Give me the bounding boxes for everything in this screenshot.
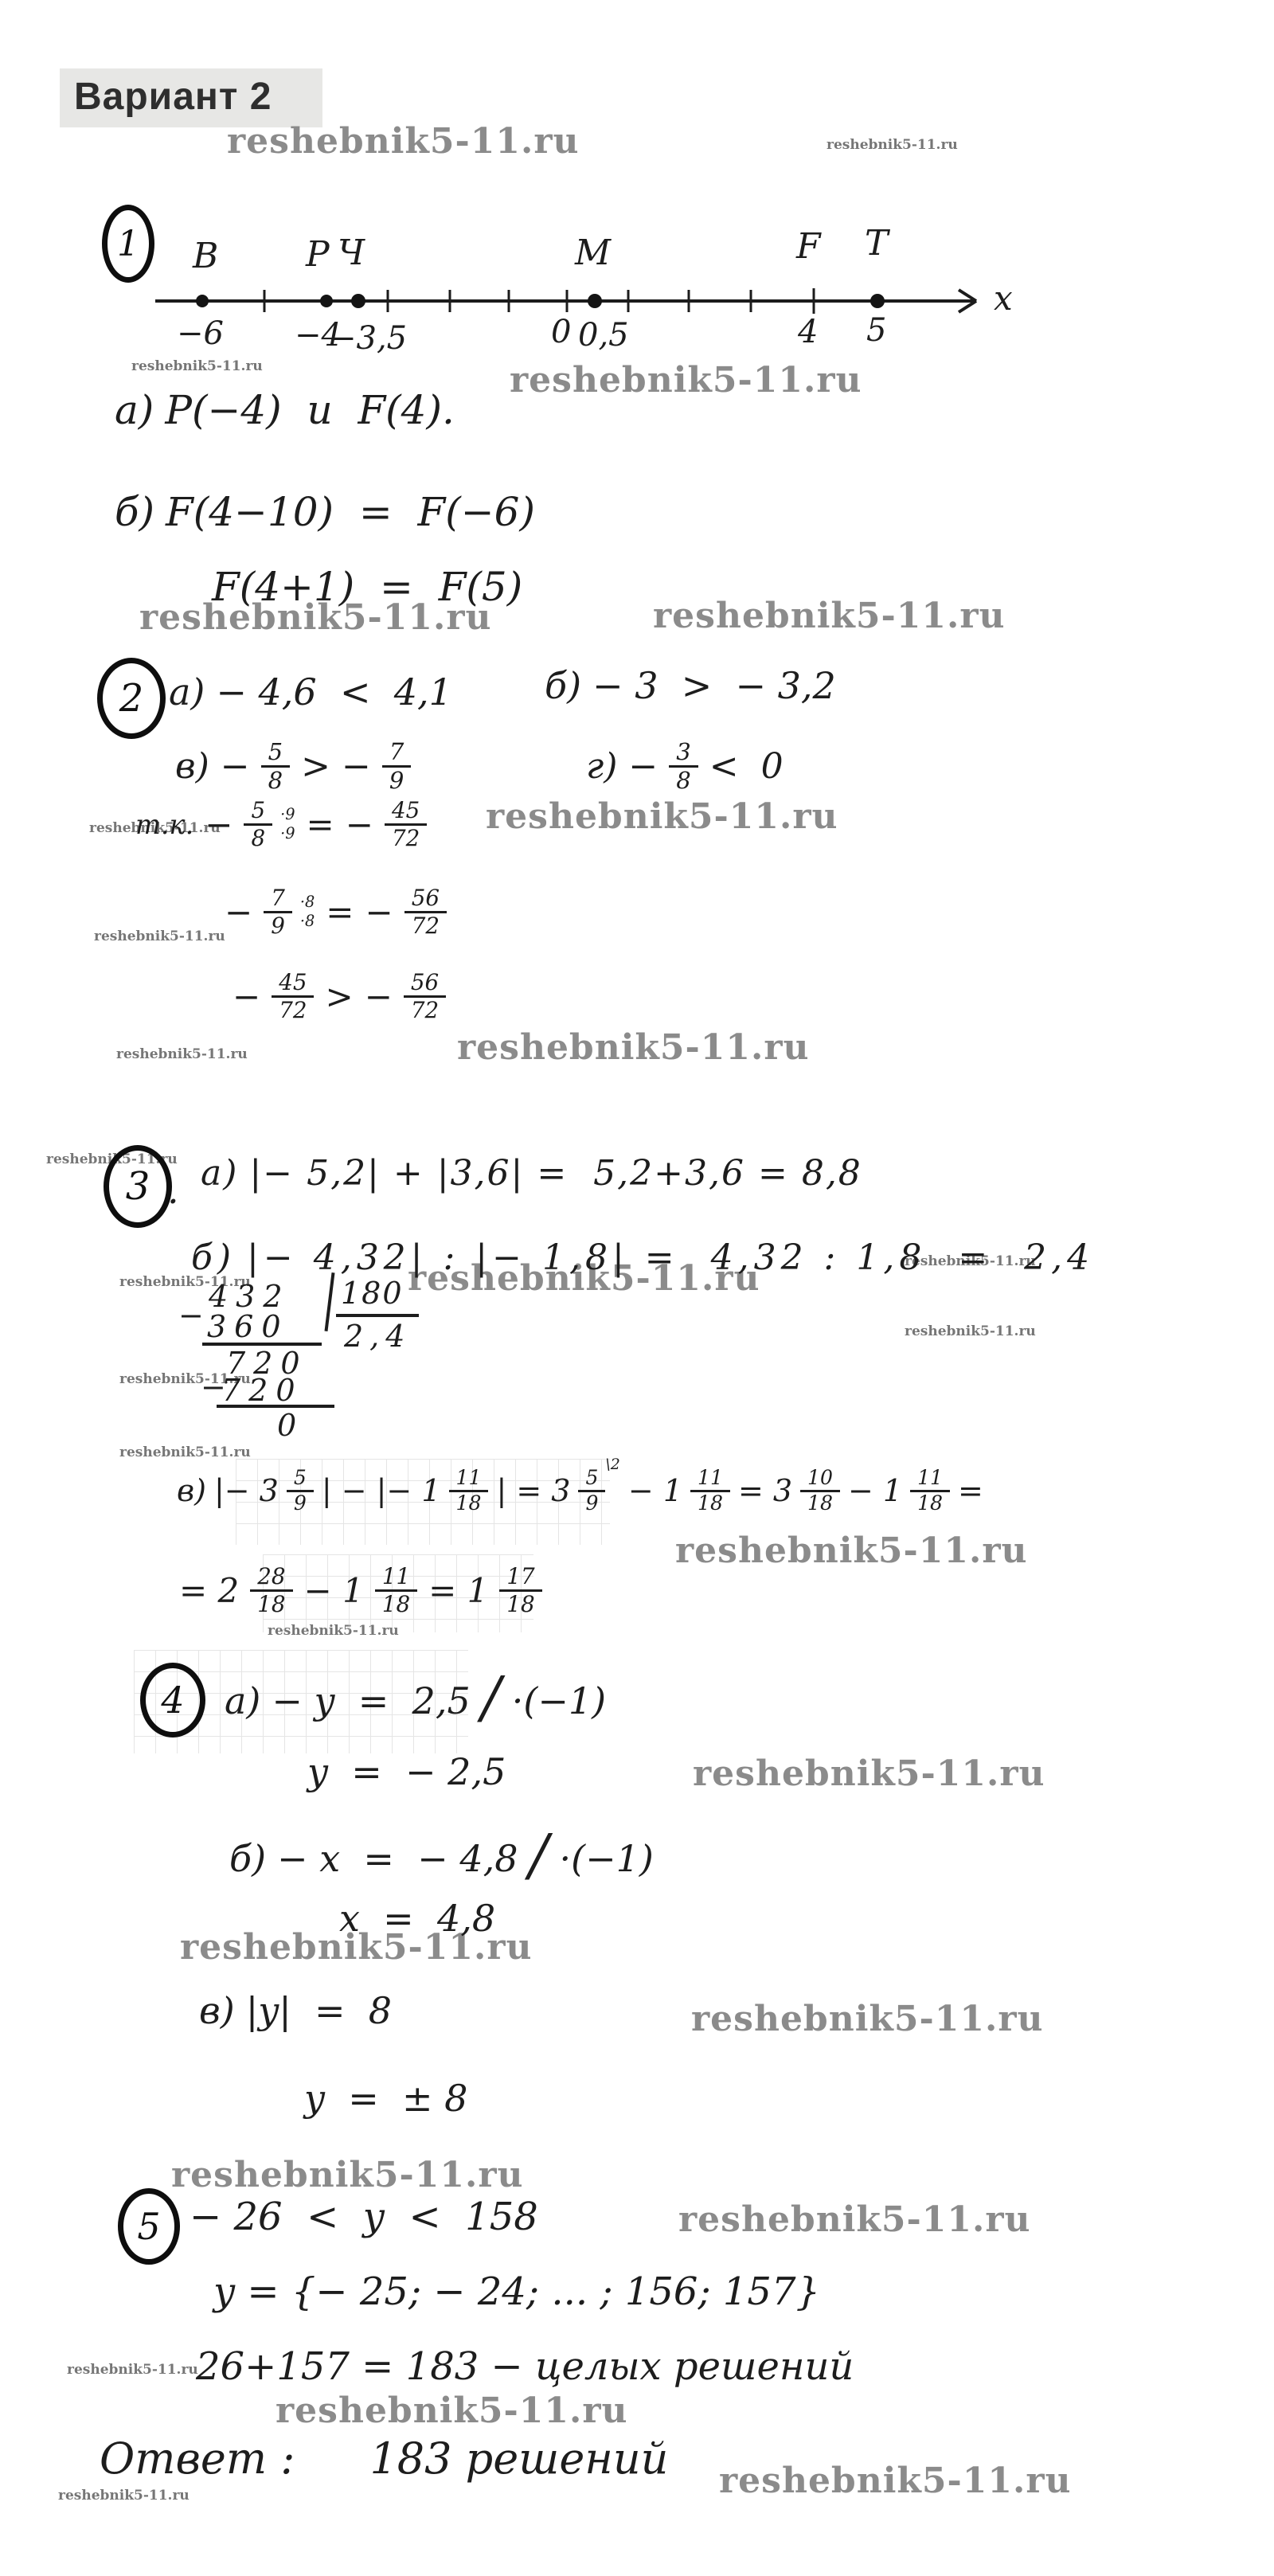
fraction-11-18: 11 18 [375,1564,417,1617]
multiply-slash: / [482,1664,501,1730]
p1-line-b2: F(4+1) = F(5) [212,564,522,610]
point-label-Ch: Ч [338,233,365,273]
fraction-10-18: 10 18 [800,1467,840,1515]
watermark: reshebnik5-11.ru [116,1046,248,1062]
p4-line-v2: y = ± 8 [304,2077,467,2120]
watermark: reshebnik5-11.ru [457,1027,810,1068]
equals-sign: = [958,1473,983,1508]
minus-sign: − [225,893,252,932]
p3-a-label: а) [201,1153,238,1194]
fraction-17-18: 17 18 [499,1564,541,1617]
problem-5-badge: 5 [118,2188,180,2265]
p1-b-label: б) [115,489,154,535]
fraction-28-18: 28 18 [250,1564,292,1617]
p2-line-a: а) − 4,6 < 4,1 [169,670,452,713]
p4-line-b1: б) − x = − 4,8 / ·(−1) [229,1825,654,1891]
problem-2-number: 2 [119,676,144,721]
p4-a-result: y = − 2,5 [307,1750,506,1793]
point-label-M: M [575,233,611,273]
answer-text: 183 решений [369,2433,668,2484]
watermark: reshebnik5-11.ru [94,928,225,944]
p5-count: 26+157 = 183 − целых решений [196,2344,854,2389]
p2-line-v: в) − 5 8 > − 7 9 [175,739,411,795]
minus-sign: − [221,746,250,787]
p5-line-1: − 26 < y < 158 [190,2195,538,2239]
fraction-5-9: 5 9 [578,1467,605,1515]
watermark: reshebnik5-11.ru [653,596,1006,636]
p1-b2-text: F(4+1) = F(5) [212,564,522,610]
p4-b-label: б) [229,1837,266,1880]
watermark: reshebnik5-11.ru [486,796,838,837]
problem-1-number: 1 [117,224,139,264]
watermark: reshebnik5-11.ru [67,2362,198,2378]
p1-b-text: F(4−10) = F(−6) [166,489,535,535]
tk-abbrev: т.к. [135,809,193,840]
tick-value--6: −6 [177,315,224,352]
division-divisor: 180 [341,1276,404,1311]
division-minus: − [178,1298,204,1333]
p3-v-label: в) [177,1473,206,1508]
p2-line-b: б) − 3 > − 3,2 [545,664,836,707]
p4-v-result: y = ± 8 [304,2077,467,2120]
point-label-P: P [306,234,330,275]
minus-one: − 1 [848,1473,902,1508]
minus-one: − 1 [304,1571,364,1610]
problem-5-number: 5 [137,2205,160,2248]
variant-header: Вариант 2 [60,68,322,127]
watermark: reshebnik5-11.ru [693,1753,1045,1794]
p3-line-a: а) |− 5,2| + |3,6| = 5,2+3,6 = 8,8 [201,1153,862,1194]
fraction-56-72: 56 72 [404,970,446,1023]
p4-line-a1: а) − y = 2,5 / ·(−1) [225,1667,606,1734]
tick-value-0_5: 0,5 [578,317,629,354]
fraction-7-9: 7 9 [264,885,292,939]
minus-sign: − [365,893,393,932]
less-zero: < 0 [709,746,784,787]
abs-open: |− 3 [214,1473,279,1508]
minus-one: − 1 [628,1473,682,1508]
problem-3-badge: 3 [104,1145,172,1228]
fraction-5-9: 5 9 [287,1467,314,1515]
division-sub1: 360 [207,1309,289,1344]
p5-answer: Ответ : 183 решений [100,2433,668,2484]
watermark: reshebnik5-11.ru [276,2390,628,2431]
fraction-56-72: 56 72 [404,885,447,939]
p4-v-label: в) [199,1989,235,2032]
equals-sign: = [326,893,354,932]
multiply-by: ·(−1) [560,1837,654,1880]
point-label-B: B [193,236,218,276]
p2-line-2: − 7 9 ·8 ·8 = − 56 72 [225,885,447,939]
p4-b-equation: − x = − 4,8 [277,1837,518,1880]
p3-b-label: б) [191,1237,236,1278]
p3-line-v2: = 2 28 18 − 1 11 18 = 1 17 18 [179,1564,542,1617]
p2-v-label: в) [175,746,209,787]
p1-line-a: а) P(−4) и F(4). [115,387,455,433]
axis-label-x: x [994,279,1013,318]
watermark: reshebnik5-11.ru [691,1999,1044,2039]
problem-4-number: 4 [161,1679,184,1722]
p4-a-equation: − y = 2,5 [272,1679,470,1722]
watermark: reshebnik5-11.ru [905,1323,1036,1339]
minus-sign: − [205,805,233,844]
watermark: reshebnik5-11.ru [171,2155,524,2195]
watermark: reshebnik5-11.ru [719,2461,1072,2501]
fraction-5-8: 5 8 [261,739,290,795]
multiply-by: ·(−1) [512,1679,606,1722]
multiplier-stack: ·8 ·8 [300,893,315,931]
p3-a-text: |− 5,2| + |3,6| = 5,2+3,6 = 8,8 [249,1153,862,1194]
tick-value-5: 5 [866,312,886,349]
p3-b-text: |− 4,32| : |− 1,8| = 4,32 : 1,8 = 2,4 [247,1237,1094,1278]
p4-line-v1: в) |y| = 8 [199,1989,392,2032]
point-label-T: T [865,223,888,264]
equals-one: = 1 [428,1571,488,1610]
fraction-3-8: 3 8 [669,739,698,795]
multiply-slash: / [530,1822,549,1888]
minus-sign: − [365,977,393,1016]
p5-line-2: y = {− 25; − 24; ... ; 156; 157} [213,2269,820,2314]
division-remainder: 0 [277,1408,296,1443]
problem-4-badge: 4 [140,1663,205,1738]
fraction-5-8: 5 8 [244,798,272,851]
minus-sign: − [628,746,658,787]
division-rule [217,1405,334,1408]
p4-line-a2: y = − 2,5 [307,1750,506,1793]
fraction-11-18: 11 18 [910,1467,950,1515]
p2-b-label: б) [545,664,581,707]
variant-title: Вариант 2 [74,75,272,119]
p2-a-text: − 4,6 < 4,1 [216,670,452,713]
abs-minus-abs: | − |− 1 [322,1473,441,1508]
p3-line-v1: в) |− 3 5 9 | − |− 1 11 18 | = 3 5 9 \2 … [177,1467,983,1515]
expansion-factor: \2 [605,1456,620,1473]
p2-g-label: г) [586,746,617,787]
minus-sign: − [233,977,260,1016]
p5-inequality: − 26 < y < 158 [190,2195,538,2239]
watermark: reshebnik5-11.ru [58,2488,190,2504]
division-bar [325,1272,335,1331]
p1-a-text: P(−4) и F(4). [165,387,455,433]
p2-line-g: г) − 3 8 < 0 [586,739,784,795]
p2-line-3: − 45 72 > − 56 72 [233,970,446,1023]
equals-sign: = [307,805,334,844]
fraction-11-18: 11 18 [449,1467,489,1515]
equals-three: = 3 [738,1473,792,1508]
watermark: reshebnik5-11.ru [675,1530,1028,1571]
fraction-45-72: 45 72 [272,970,314,1023]
fraction-11-18: 11 18 [690,1467,730,1515]
greater-sign: > [301,746,330,787]
p4-v-equation: |y| = 8 [246,1989,392,2032]
tick-value--3_5: −3,5 [330,320,407,357]
watermark: reshebnik5-11.ru [227,121,580,162]
problem-2-badge: 2 [97,658,166,739]
page: Вариант 2 reshebnik5-11.ru reshebnik5-11… [0,0,1274,2576]
division-rule [336,1314,419,1317]
p2-a-label: а) [169,670,205,713]
problem-3-number: 3 [126,1164,150,1209]
point-label-F: F [796,226,821,267]
p2-line-tk: т.к. − 5 8 ·9 ·9 = − 45 72 [135,798,427,851]
p4-line-b2: x = 4,8 [339,1897,495,1940]
p5-line-3: 26+157 = 183 − целых решений [196,2344,854,2389]
watermark: reshebnik5-11.ru [119,1444,251,1460]
watermark: reshebnik5-11.ru [678,2199,1031,2240]
answer-label: Ответ : [100,2433,295,2484]
p4-b-result: x = 4,8 [339,1897,495,1940]
p3-line-b: б) |− 4,32| : |− 1,8| = 4,32 : 1,8 = 2,4 [191,1237,1094,1278]
fraction-45-72: 45 72 [385,798,427,851]
greater-sign: > [325,977,353,1016]
tick-value-0: 0 [551,314,571,350]
p5-solution-set: y = {− 25; − 24; ... ; 156; 157} [213,2269,820,2314]
minus-sign: − [346,805,373,844]
p4-a-label: а) [225,1679,260,1722]
badge-dot: . [167,1169,179,1212]
multiplier-stack: ·9 ·9 [280,805,295,843]
tick-value-4: 4 [798,314,818,350]
division-quotient: 2,4 [344,1319,411,1354]
watermark: reshebnik5-11.ru [827,137,958,153]
abs-equals: | = 3 [496,1473,570,1508]
watermark: reshebnik5-11.ru [131,358,263,374]
p2-b-text: − 3 > − 3,2 [592,664,836,707]
equals-two: = 2 [179,1571,239,1610]
minus-sign: − [342,746,371,787]
watermark: reshebnik5-11.ru [510,360,862,401]
p1-line-b: б) F(4−10) = F(−6) [115,489,535,535]
fraction-7-9: 7 9 [382,739,411,795]
p1-a-label: а) [115,387,154,433]
division-sub2: 720 [221,1373,303,1408]
